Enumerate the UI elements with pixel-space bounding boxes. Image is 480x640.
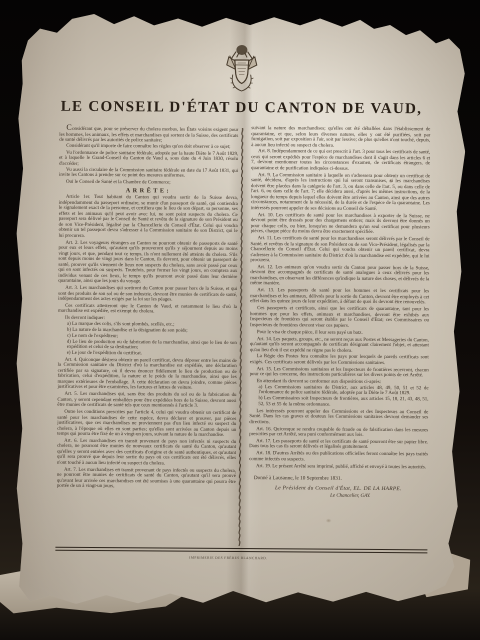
paragraph: Art. 12. Les animaux qu'on voudra sortir… — [250, 265, 429, 288]
paragraph: Pour le visa de chaque pièce, il leur se… — [250, 330, 429, 337]
paragraph: Outre les conditions prescrites par l'ar… — [57, 410, 236, 439]
paragraph: Art. 2. Les voyageurs étrangers au Canto… — [58, 240, 237, 285]
paragraph: Le Président du Conseil d'État, EL. DE L… — [249, 486, 428, 493]
paragraph: Considérant que, pour se préserver du ch… — [59, 125, 238, 145]
paragraph: Les intéressés pourront appeler des Comm… — [249, 409, 428, 427]
paragraph: Art. 16. Quiconque se rendra coupable de… — [249, 427, 428, 439]
poster-tilt-wrapper: LE CONSEIL D'ÉTAT DU CANTON DE VAUD, Con… — [0, 0, 480, 640]
paragraph: Art. 18. D'autres Arrêtés ou des publica… — [249, 451, 428, 463]
text-column-right: suivant la nature des marchandises; qu'e… — [249, 126, 431, 500]
paragraph: Art. 11. Les certificats de santé pour l… — [250, 236, 429, 265]
printer-imprint: IMPRIMERIE DES FRÈRES BLANCHARD. — [158, 555, 298, 560]
paragraph: Art. 7. Les marchandises en transit prov… — [57, 468, 236, 491]
paragraph: Art. 4. Quiconque désirera obtenir un pa… — [58, 357, 237, 391]
poster-sheet: LE CONSEIL D'ÉTAT DU CANTON DE VAUD, Con… — [0, 0, 480, 640]
paragraph: Ces certificats attesteront que le Canto… — [58, 304, 237, 316]
page-title: LE CONSEIL D'ÉTAT DU CANTON DE VAUD, — [1, 98, 480, 118]
vaud-coat-of-arms-icon — [223, 44, 261, 98]
column-divider-ornament — [237, 128, 244, 546]
paragraph: e) Le jour de l'expédition du certificat… — [58, 351, 237, 358]
photo-background: LE CONSEIL D'ÉTAT DU CANTON DE VAUD, Con… — [0, 0, 480, 640]
paragraph: Art. 9. La Commission sanitaire à laquel… — [251, 173, 430, 213]
paragraph: Art. 14. Les paquets, groups, etc., ne s… — [250, 337, 429, 355]
paragraph: Art. 17. Les passeports de santé et les … — [249, 439, 428, 451]
paragraph: Art. 6. Les marchandises en transit prov… — [57, 439, 236, 468]
paragraph: Art. 10. Les certificats de santé pour l… — [251, 213, 430, 236]
paragraph: Ouï le Conseil de Santé et la Chambre de… — [59, 179, 238, 186]
paragraph: La Régie des Postes fera connaître les p… — [250, 354, 429, 366]
paragraph: Vu aussi la circulaire de la Commission … — [59, 168, 238, 180]
paragraph: Art. 13. Les passeports de santé pour le… — [250, 288, 429, 306]
paragraph: Vu l'ordonnance de police sanitaire fédé… — [59, 150, 238, 168]
paragraph: Le Chancelier, GAY. — [261, 493, 440, 500]
paragraph: Art. 5. Les marchandises qui, sans être … — [57, 392, 236, 410]
arrete-heading: ARRÊTE: — [59, 188, 238, 195]
paragraph: Art. 8. Indépendamment de ce qui est pre… — [251, 149, 430, 172]
paragraph: Art. 3. Les marchandises qui sortiront d… — [58, 286, 237, 304]
paragraph: Donné à Lausanne, le 10 Septembre 1831. — [249, 476, 428, 483]
paragraph: Article 1er. Tout habitant du Canton qui… — [59, 195, 238, 240]
paragraph: suivant la nature des marchandises; qu'e… — [251, 126, 430, 149]
paragraph: Art. 19. Le présent Arrêté sera imprimé,… — [249, 464, 428, 471]
text-column-left: Considérant que, pour se préserver du ch… — [57, 125, 239, 491]
paragraph: d) Le lieu de production ou de fabricati… — [58, 339, 237, 351]
paragraph: b) Les Commissaires soit Inspecteurs de … — [249, 396, 428, 408]
paragraph: a) Les Commissions sanitaires de Distric… — [249, 385, 428, 397]
bottom-double-rule — [55, 547, 427, 554]
paragraph: Ces passeports et certificats, ainsi que… — [250, 306, 429, 329]
paragraph: Art. 15. Les Commissions sanitaires et l… — [250, 367, 429, 379]
